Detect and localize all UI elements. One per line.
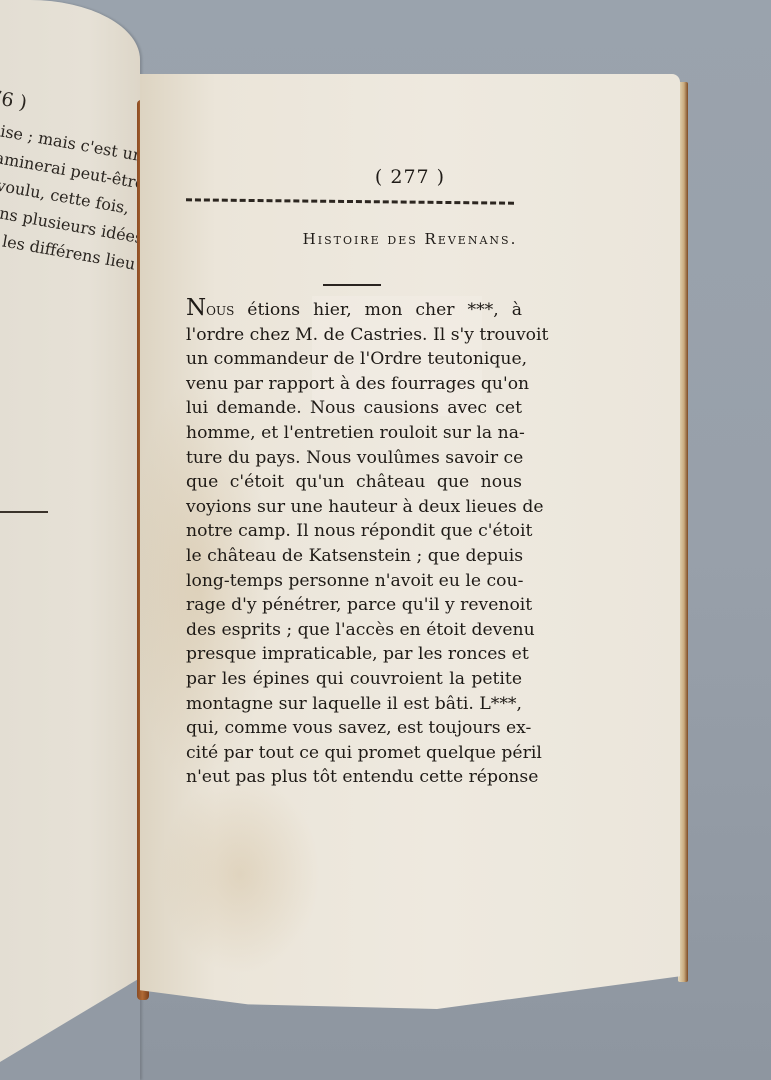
text-line: presque impraticable, par les ronces et	[186, 642, 522, 667]
text-line: que c'étoit qu'un château que nous	[186, 470, 522, 495]
text-line: lui demande. Nous causions avec cet	[186, 396, 522, 421]
right-page: ( 277 ) Histoire des Revenans. Nous étio…	[140, 74, 680, 1009]
title-rule	[323, 284, 381, 286]
text-line: un commandeur de l'Ordre teutonique,	[186, 347, 522, 372]
text-line: montagne sur laquelle il est bâti. L***,	[186, 692, 522, 717]
left-page-text: 276 ) achise ; mais c'est une j'examiner…	[0, 82, 140, 307]
foxing-stain	[160, 774, 320, 974]
text-line: qui, comme vous savez, est toujours ex-	[186, 716, 522, 741]
page-number: ( 277 )	[140, 166, 680, 188]
text-line: homme, et l'entretien rouloit sur la na-	[186, 421, 522, 446]
chapter-title: Histoire des Revenans.	[140, 230, 680, 248]
text-line: long-temps personne n'avoit eu le cou-	[186, 569, 522, 594]
text-line: venu par rapport à des fourrages qu'on	[186, 372, 522, 397]
text-line: le château de Katsenstein ; que depuis	[186, 544, 522, 569]
text-line: des esprits ; que l'accès en étoit deven…	[186, 618, 522, 643]
header-dashed-rule	[186, 198, 514, 204]
text-line: n'eut pas plus tôt entendu cette réponse	[186, 765, 522, 790]
text-line-rest: étions hier, mon cher ***, à	[234, 300, 522, 320]
text-line: ture du pays. Nous voulûmes savoir ce	[186, 446, 522, 471]
text-line: notre camp. Il nous répondit que c'étoit	[186, 519, 522, 544]
text-line: par les épines qui couvroient la petite	[186, 667, 522, 692]
body-text: Nous étions hier, mon cher ***, à l'ordr…	[186, 296, 522, 790]
drop-cap: N	[186, 295, 206, 321]
small-caps-word: ous	[206, 300, 234, 320]
left-page-corner-shadow	[0, 960, 140, 1080]
left-page: 276 ) achise ; mais c'est une j'examiner…	[0, 0, 140, 1080]
left-page-end-rule	[0, 511, 48, 513]
text-line: l'ordre chez M. de Castries. Il s'y trou…	[186, 323, 522, 348]
text-line: rage d'y pénétrer, parce qu'il y revenoi…	[186, 593, 522, 618]
text-line: cité par tout ce qui promet quelque péri…	[186, 741, 522, 766]
text-line: Nous étions hier, mon cher ***, à	[186, 296, 522, 323]
text-line: voyions sur une hauteur à deux lieues de	[186, 495, 522, 520]
